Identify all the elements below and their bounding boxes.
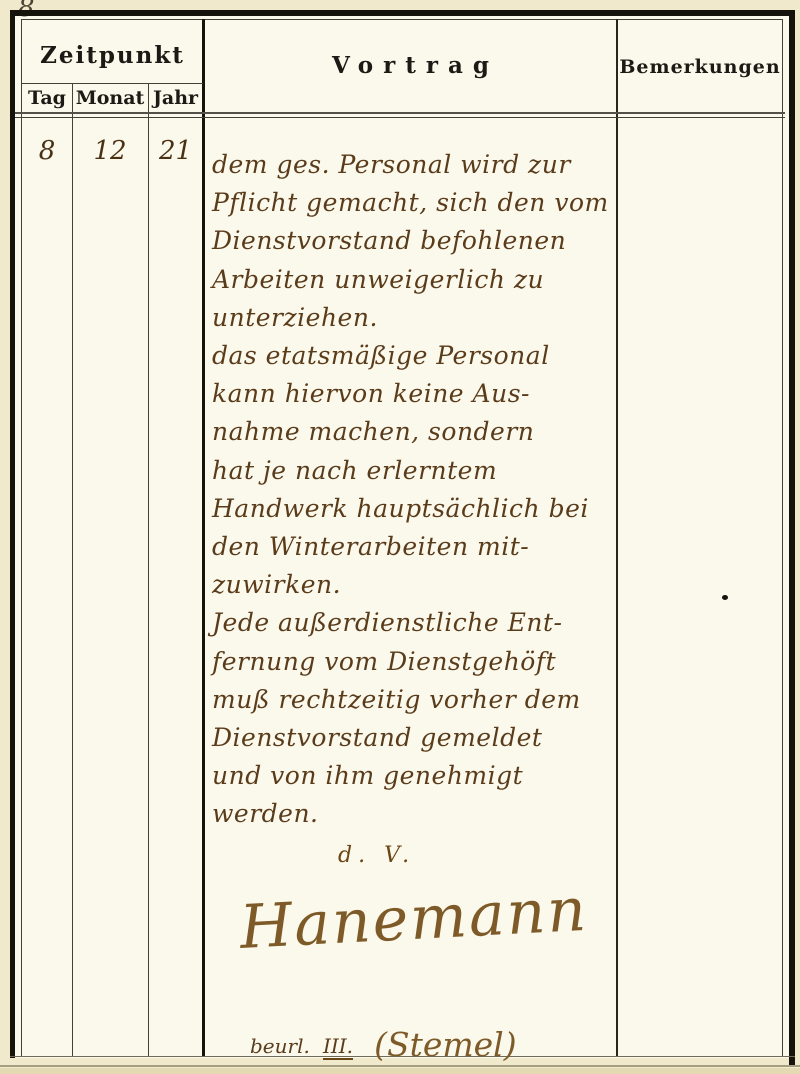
- signature-note-number: III.: [323, 1034, 353, 1060]
- signature-note-abbrev: beurl.: [250, 1034, 310, 1058]
- vortrag-line: fernung vom Dienstgehöft: [212, 643, 616, 681]
- vortrag-line: Dienstvorstand befohlenen: [212, 222, 616, 260]
- column-header-jahr: Jahr: [148, 87, 203, 109]
- vortrag-line: Pflicht gemacht, sich den vom: [212, 184, 616, 222]
- column-header-zeitpunkt: Zeitpunkt: [22, 42, 203, 69]
- page-bottom-edge-line: [0, 1065, 800, 1067]
- vortrag-handwritten-text: dem ges. Personal wird zur Pflicht gemac…: [212, 146, 616, 834]
- column-line-tag-monat: [72, 84, 73, 1057]
- vortrag-line: dem ges. Personal wird zur: [212, 146, 616, 184]
- vortrag-line: den Winterarbeiten mit-: [212, 528, 616, 566]
- vortrag-line: Handwerk hauptsächlich bei: [212, 490, 616, 528]
- vortrag-line: hat je nach erlerntem: [212, 452, 616, 490]
- table-border-left: [10, 10, 15, 1058]
- table-border-top-inner: [21, 19, 783, 20]
- vortrag-line: das etatsmäßige Personal: [212, 337, 616, 375]
- column-header-monat: Monat: [72, 87, 148, 109]
- signature-note: beurl. III. (Stemel): [250, 1022, 517, 1061]
- vortrag-line: und von ihm genehmigt: [212, 757, 616, 795]
- header-bottom-rule-thin: [15, 117, 785, 118]
- vortrag-line: unterziehen.: [212, 299, 616, 337]
- column-line-vortrag-bemerkungen: [616, 19, 618, 1057]
- signature-note-countersign: (Stemel): [374, 1025, 517, 1064]
- table-border-top: [10, 10, 795, 16]
- table-border-right: [789, 10, 795, 1065]
- column-line-monat-jahr: [148, 84, 149, 1057]
- signature-initials: d. V.: [338, 843, 415, 868]
- vortrag-line: Jede außerdienstliche Ent-: [212, 604, 616, 642]
- vortrag-line: nahme machen, sondern: [212, 413, 616, 451]
- scanned-ledger-page: { "page": { "page_number": "8", "kind": …: [0, 0, 800, 1074]
- vortrag-line: werden.: [212, 795, 616, 833]
- ink-dot: [722, 595, 728, 600]
- vortrag-line: muß rechtzeitig vorher dem: [212, 681, 616, 719]
- page-bottom-edge: [0, 1068, 800, 1074]
- vortrag-line: Arbeiten unweigerlich zu: [212, 261, 616, 299]
- entry-year: 21: [148, 136, 203, 166]
- vortrag-line: zuwirken.: [212, 566, 616, 604]
- entry-month: 12: [72, 136, 148, 166]
- header-bottom-rule-thick: [15, 112, 785, 114]
- entry-day: 8: [22, 136, 72, 166]
- column-header-vortrag: Vortrag: [205, 52, 616, 79]
- column-line-jahr-vortrag: [202, 19, 205, 1057]
- vortrag-line: Dienstvorstand gemeldet: [212, 719, 616, 757]
- table-border-right-inner: [782, 19, 783, 1057]
- vortrag-line: kann hiervon keine Aus-: [212, 375, 616, 413]
- column-header-bemerkungen: Bemerkungen: [618, 56, 782, 78]
- table-border-left-inner: [21, 19, 22, 1057]
- zeitpunkt-subheader-divider: [21, 83, 203, 84]
- column-header-tag: Tag: [22, 87, 72, 109]
